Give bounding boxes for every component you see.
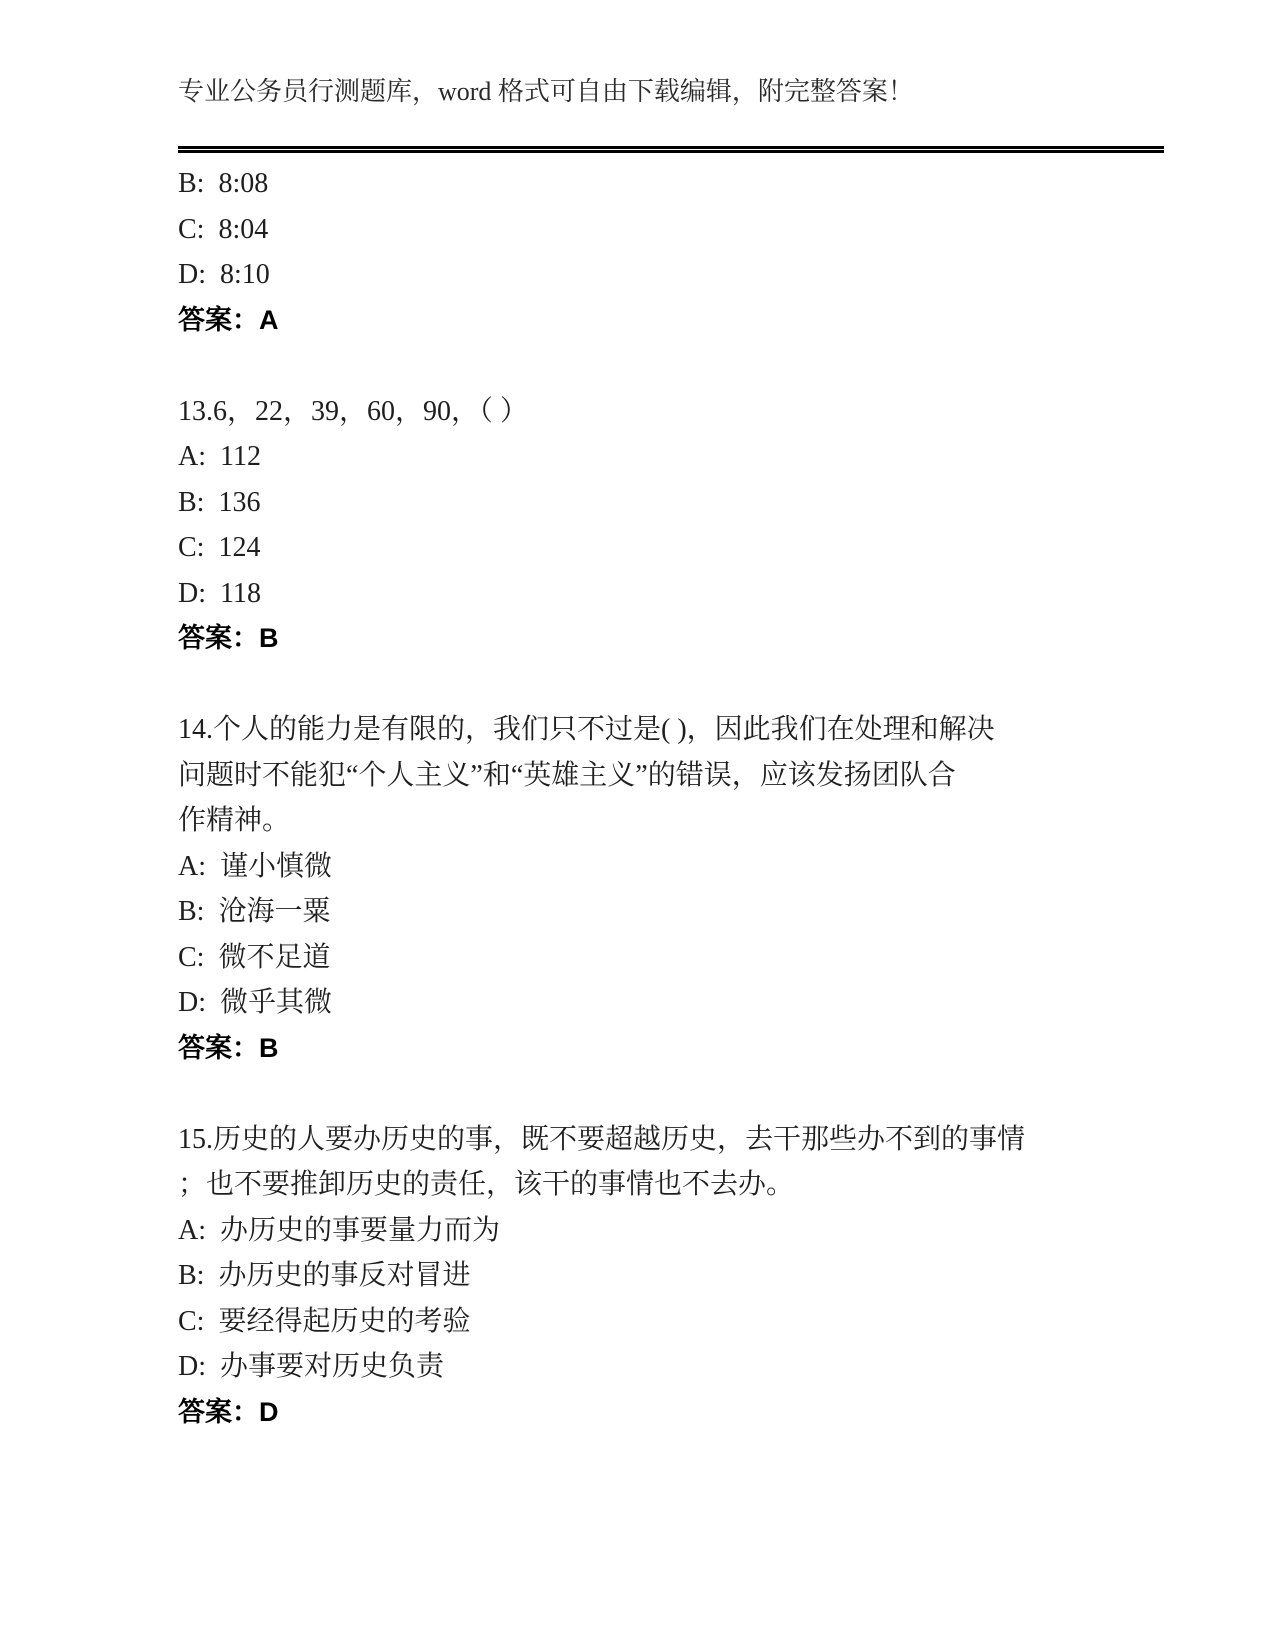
option-line: C: 124	[178, 525, 1168, 571]
document-page: 专业公务员行测题库，word 格式可自由下载编辑，附完整答案！ B: 8:08C…	[0, 0, 1275, 1650]
question-text-line: 问题时不能犯“个人主义”和“英雄主义”的错误，应该发扬团队合	[178, 753, 1168, 799]
questions-list: B: 8:08C: 8:04D: 8:10答案：A13.6，22，39，60，9…	[178, 161, 1168, 1435]
option-line: D: 118	[178, 571, 1168, 617]
question-text-line: 14.个人的能力是有限的，我们只不过是( )，因此我们在处理和解决	[178, 707, 1168, 753]
answer-line: 答案：B	[178, 1026, 1168, 1072]
option-line: D: 办事要对历史负责	[178, 1344, 1168, 1390]
header-title: 专业公务员行测题库，word 格式可自由下载编辑，附完整答案！	[178, 76, 1158, 108]
option-line: C: 微不足道	[178, 935, 1168, 981]
question-block: 14.个人的能力是有限的，我们只不过是( )，因此我们在处理和解决问题时不能犯“…	[178, 707, 1168, 1071]
option-line: A: 谨小慎微	[178, 844, 1168, 890]
option-line: B: 办历史的事反对冒进	[178, 1253, 1168, 1299]
option-line: C: 8:04	[178, 207, 1168, 253]
option-line: B: 沧海一粟	[178, 889, 1168, 935]
question-block: 15.历史的人要办历史的事，既不要超越历史，去干那些办不到的事情；也不要推卸历史…	[178, 1117, 1168, 1436]
option-line: B: 8:08	[178, 161, 1168, 207]
question-block: B: 8:08C: 8:04D: 8:10答案：A	[178, 161, 1168, 343]
question-text-line: 13.6，22，39，60，90，（ ）	[178, 389, 1168, 435]
answer-line: 答案：B	[178, 616, 1168, 662]
answer-line: 答案：D	[178, 1390, 1168, 1436]
option-line: C: 要经得起历史的考验	[178, 1299, 1168, 1345]
question-text-line: ；也不要推卸历史的责任，该干的事情也不去办。	[178, 1162, 1168, 1208]
option-line: D: 8:10	[178, 252, 1168, 298]
answer-line: 答案：A	[178, 298, 1168, 344]
header-rule	[178, 146, 1164, 153]
question-text-line: 作精神。	[178, 798, 1168, 844]
option-line: A: 办历史的事要量力而为	[178, 1208, 1168, 1254]
option-line: A: 112	[178, 434, 1168, 480]
question-text-line: 15.历史的人要办历史的事，既不要超越历史，去干那些办不到的事情	[178, 1117, 1168, 1163]
option-line: D: 微乎其微	[178, 980, 1168, 1026]
question-block: 13.6，22，39，60，90，（ ）A: 112B: 136C: 124D:…	[178, 389, 1168, 662]
option-line: B: 136	[178, 480, 1168, 526]
